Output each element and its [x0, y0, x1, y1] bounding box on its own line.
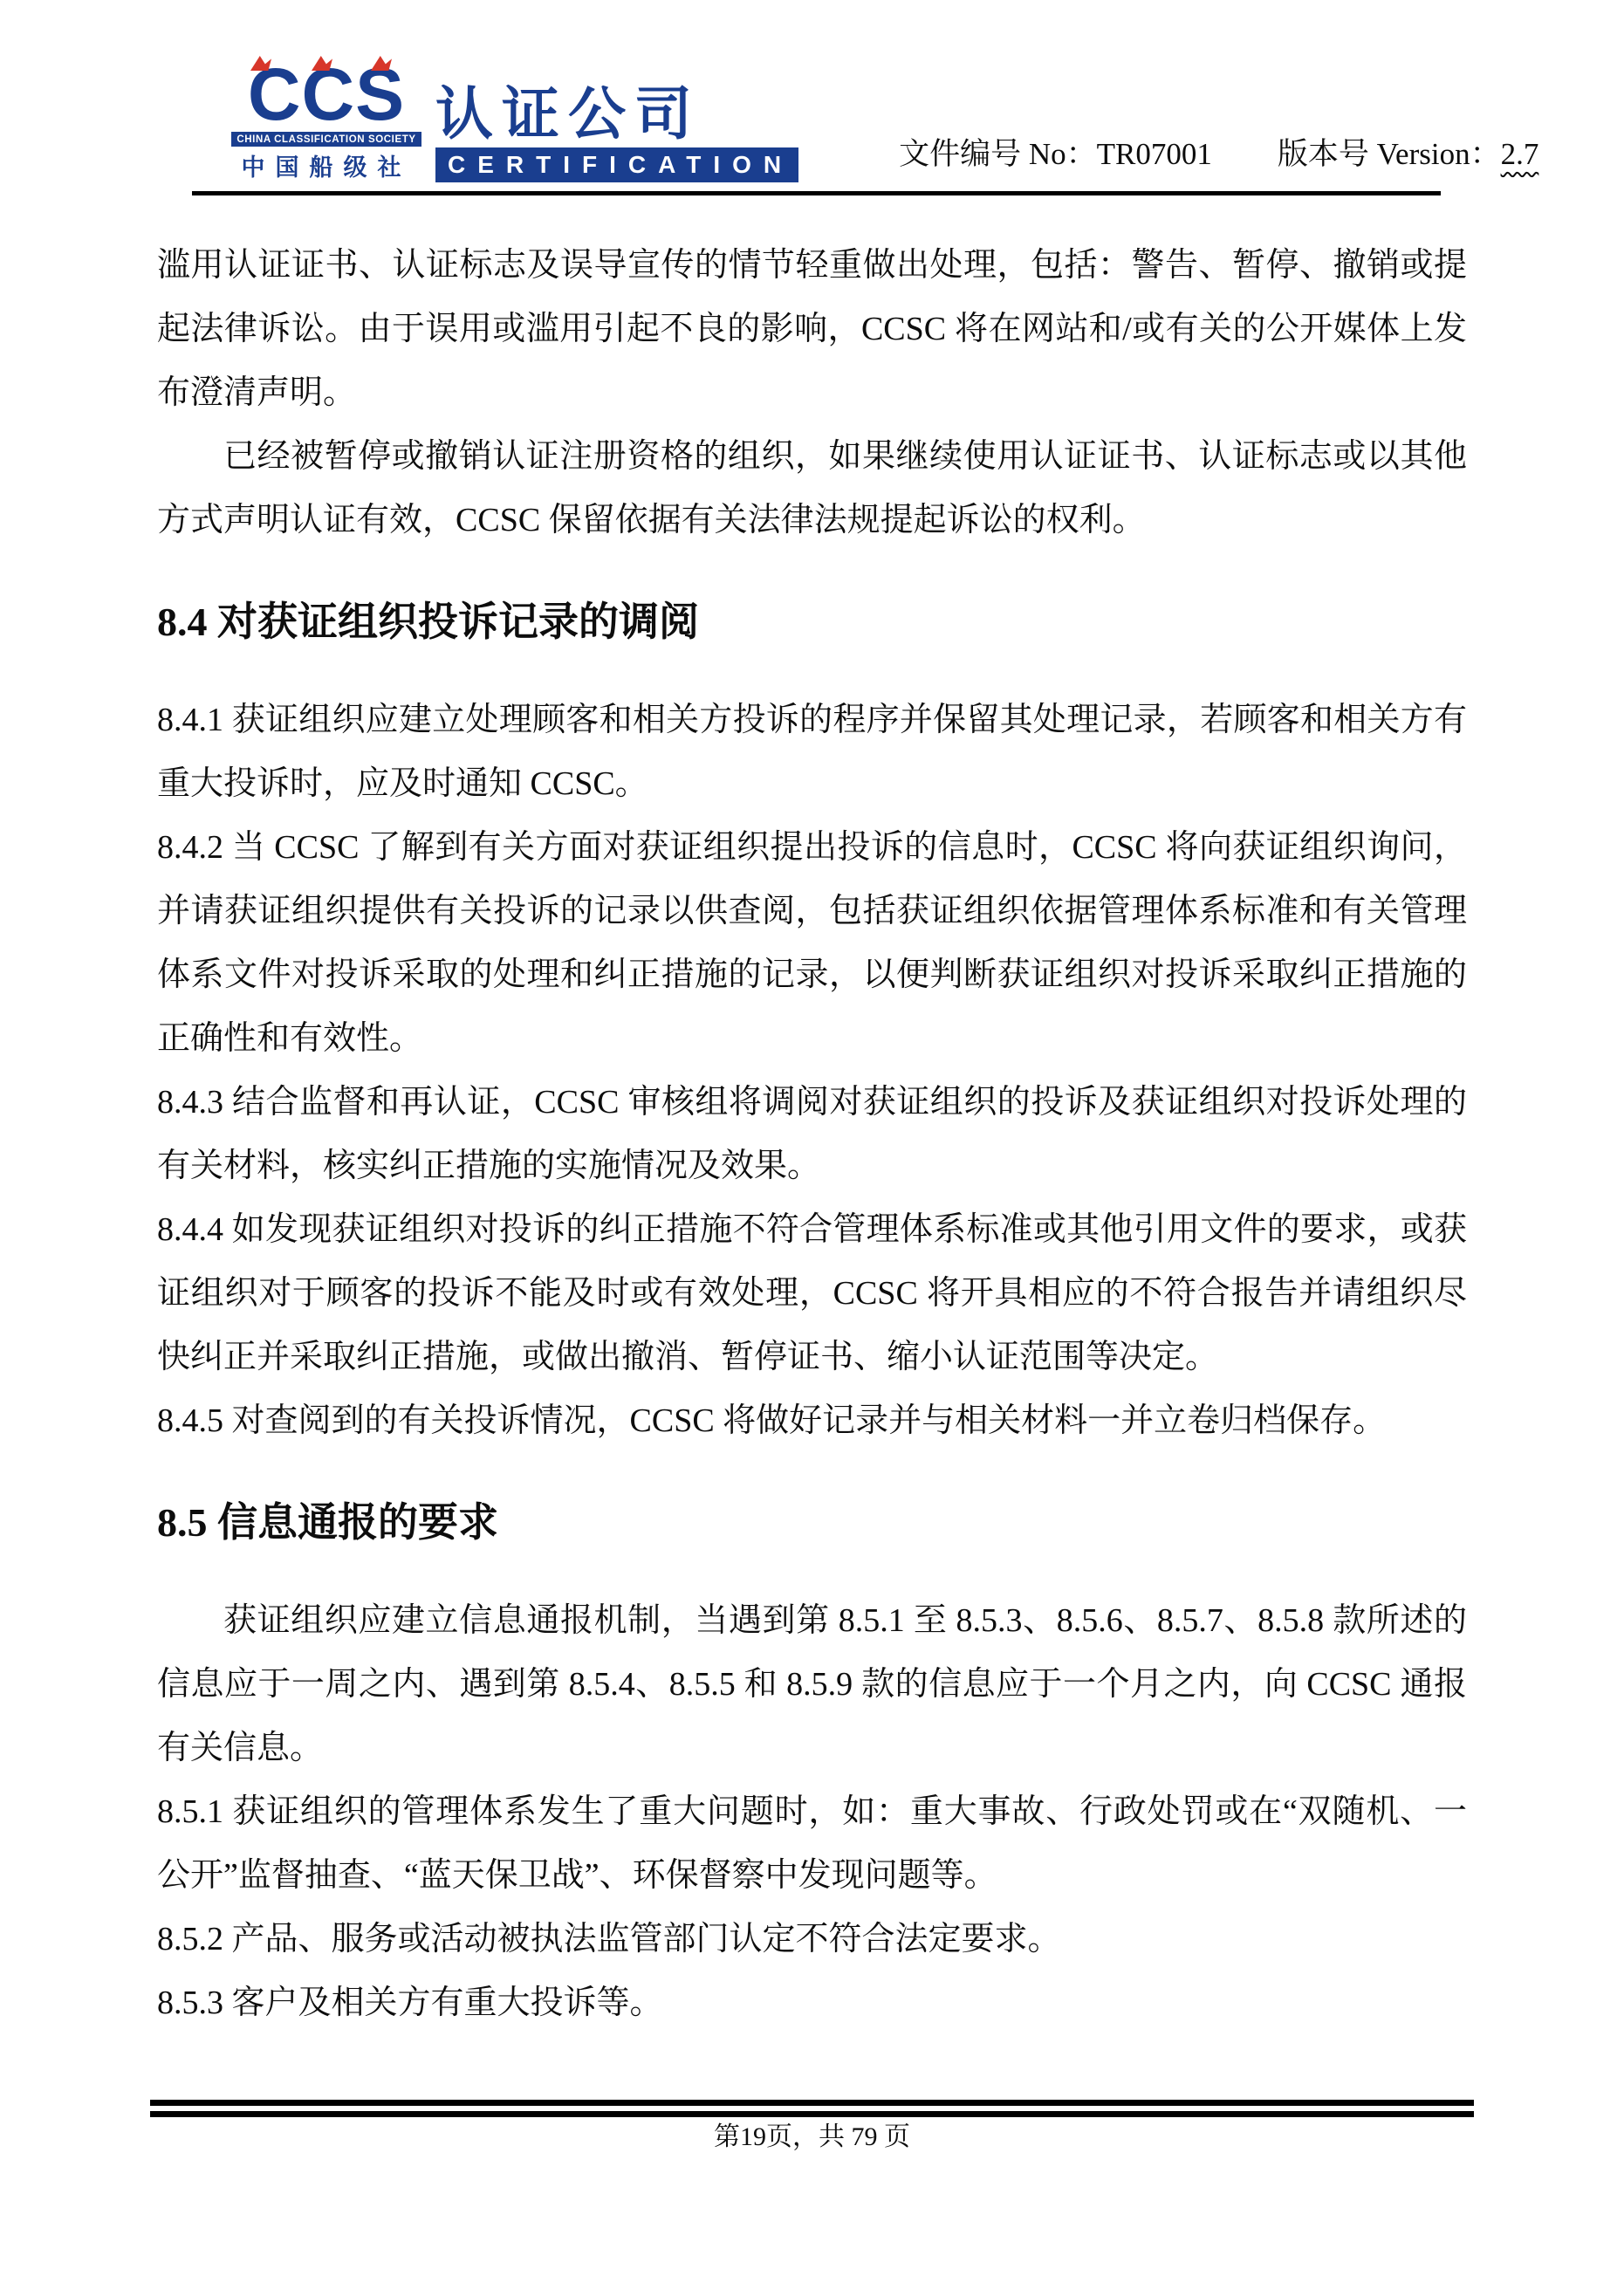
- header-fields: 文件编号 No：TR07001 版本号 Version：2.7: [899, 130, 1538, 182]
- paragraph-8-4-5: 8.4.5 对查阅到的有关投诉情况，CCSC 将做好记录并与相关材料一并立卷归档…: [157, 1389, 1467, 1453]
- page-footer: 第19页，共 79 页: [150, 2100, 1474, 2152]
- page-header: CCS CHINA CLASSIFICATION SOCIETY 中国船级社 认…: [192, 61, 1441, 195]
- version-label: 版本号 Version：2.7: [1278, 130, 1538, 174]
- ccs-logo-right: 认证公司 CERTIFICATION: [435, 85, 798, 182]
- doc-number-label: 文件编号 No：TR07001: [899, 130, 1212, 174]
- version-value: 2.7: [1501, 137, 1539, 171]
- paragraph-8-5-1: 8.5.1 获证组织的管理体系发生了重大问题时，如：重大事故、行政处罚或在“双随…: [157, 1780, 1467, 1908]
- society-name-cn: 中国船级社: [231, 148, 421, 182]
- document-body: 滥用认证证书、认证标志及误导宣传的情节轻重做出处理，包括：警告、暂停、撤销或提起…: [157, 234, 1467, 2035]
- company-name-cn: 认证公司: [435, 85, 798, 142]
- ccs-wordmark: CCS: [231, 61, 421, 128]
- footer-rule-bottom: [150, 2111, 1474, 2117]
- company-name-en: CERTIFICATION: [435, 147, 798, 182]
- paragraph-8-5-intro: 获证组织应建立信息通报机制，当遇到第 8.5.1 至 8.5.3、8.5.6、8…: [157, 1589, 1467, 1780]
- paragraph-misuse: 滥用认证证书、认证标志及误导宣传的情节轻重做出处理，包括：警告、暂停、撤销或提起…: [157, 234, 1467, 425]
- paragraph-8-5-3: 8.5.3 客户及相关方有重大投诉等。: [157, 1971, 1467, 2035]
- document-page: CCS CHINA CLASSIFICATION SOCIETY 中国船级社 认…: [0, 0, 1624, 2276]
- paragraph-8-4-3: 8.4.3 结合监督和再认证，CCSC 审核组将调阅对获证组织的投诉及获证组织对…: [157, 1071, 1467, 1198]
- page-number: 第19页，共 79 页: [150, 2122, 1474, 2152]
- paragraph-8-4-1: 8.4.1 获证组织应建立处理顾客和相关方投诉的程序并保留其处理记录，若顾客和相…: [157, 689, 1467, 816]
- version-label-text: 版本号 Version：: [1278, 137, 1501, 171]
- ccs-logo-left: CCS CHINA CLASSIFICATION SOCIETY 中国船级社: [231, 61, 421, 182]
- paragraph-suspended: 已经被暂停或撤销认证注册资格的组织，如果继续使用认证证书、认证标志或以其他方式声…: [157, 425, 1467, 552]
- section-heading-8-5: 8.5 信息通报的要求: [157, 1497, 1467, 1549]
- section-heading-8-4: 8.4 对获证组织投诉记录的调阅: [157, 596, 1467, 648]
- paragraph-8-5-2: 8.5.2 产品、服务或活动被执法监管部门认定不符合法定要求。: [157, 1908, 1467, 1971]
- footer-rule-top: [150, 2100, 1474, 2106]
- ccs-logo: CCS CHINA CLASSIFICATION SOCIETY 中国船级社 认…: [231, 61, 798, 182]
- paragraph-8-4-4: 8.4.4 如发现获证组织对投诉的纠正措施不符合管理体系标准或其他引用文件的要求…: [157, 1198, 1467, 1389]
- paragraph-8-4-2: 8.4.2 当 CCSC 了解到有关方面对获证组织提出投诉的信息时，CCSC 将…: [157, 816, 1467, 1071]
